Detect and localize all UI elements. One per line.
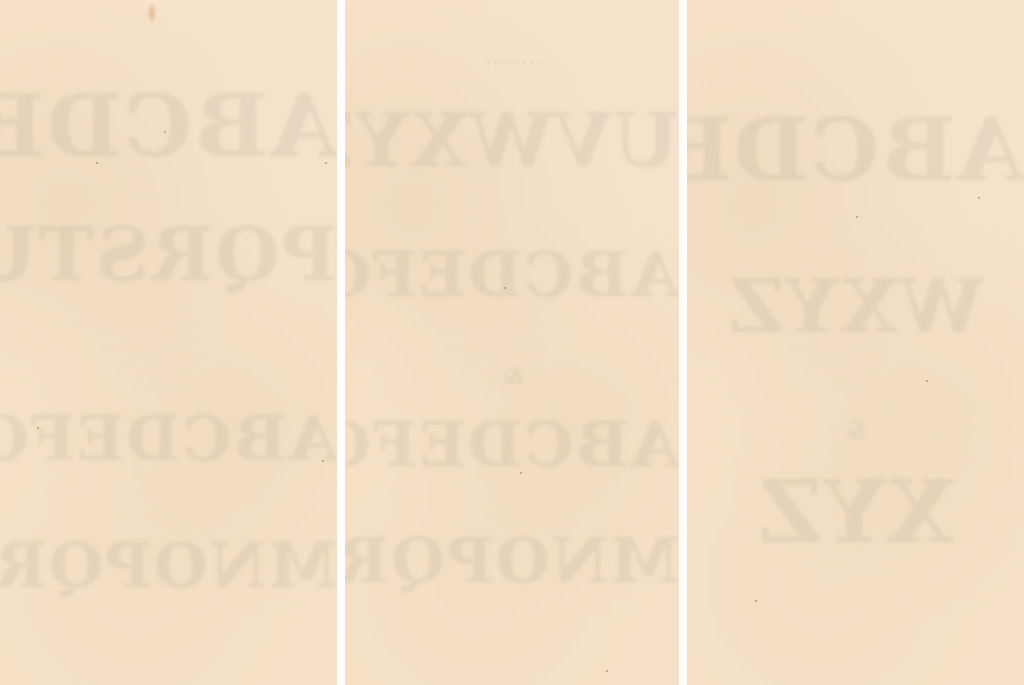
ghost-text: ABCDE (687, 108, 1024, 194)
ghost-text: & (687, 420, 1024, 442)
gutter-divider (337, 0, 345, 685)
paper-speck (856, 216, 858, 218)
ghost-text: WXYZ (687, 270, 1024, 344)
paper-speck (37, 427, 39, 429)
paper-speck (755, 600, 757, 602)
ghost-text: ABCDE (0, 84, 337, 170)
ghost-text: PQRSTUV (0, 218, 337, 292)
paper-speck (504, 287, 506, 289)
paper-speck (322, 460, 324, 462)
paper-panel-middle: ........ UVWXYZ& ABCDEFGHIJ & ABCDEFGHIJ… (345, 0, 679, 685)
paper-speck (520, 472, 522, 474)
ghost-text: & (345, 366, 679, 388)
paper-speck (96, 162, 98, 164)
paper-speck (978, 197, 980, 199)
ghost-text: ABCDEFGHIJ (345, 414, 679, 476)
ghost-text: ABCDEFGHIJ (0, 408, 337, 470)
paper-speck (606, 670, 608, 672)
paper-speck (325, 162, 327, 164)
ghost-text: XYZ (687, 470, 1024, 556)
gutter-divider (679, 0, 687, 685)
ghost-text: ........ (345, 54, 679, 66)
paper-panel-right: ABCDE WXYZ & XYZ (687, 0, 1024, 685)
ghost-text: UVWXYZ& (345, 104, 679, 178)
ghost-text: MNOPQRSTUVW (0, 535, 337, 597)
paper-speck (164, 131, 166, 133)
paper-speck (926, 380, 928, 382)
paper-stain (147, 2, 157, 24)
ghost-text: MNOPQRSTUVW (345, 530, 679, 592)
ghost-text: ABCDEFGHIJ (345, 244, 679, 306)
paper-panel-left: ABCDE PQRSTUV ABCDEFGHIJ MNOPQRSTUVW (0, 0, 337, 685)
